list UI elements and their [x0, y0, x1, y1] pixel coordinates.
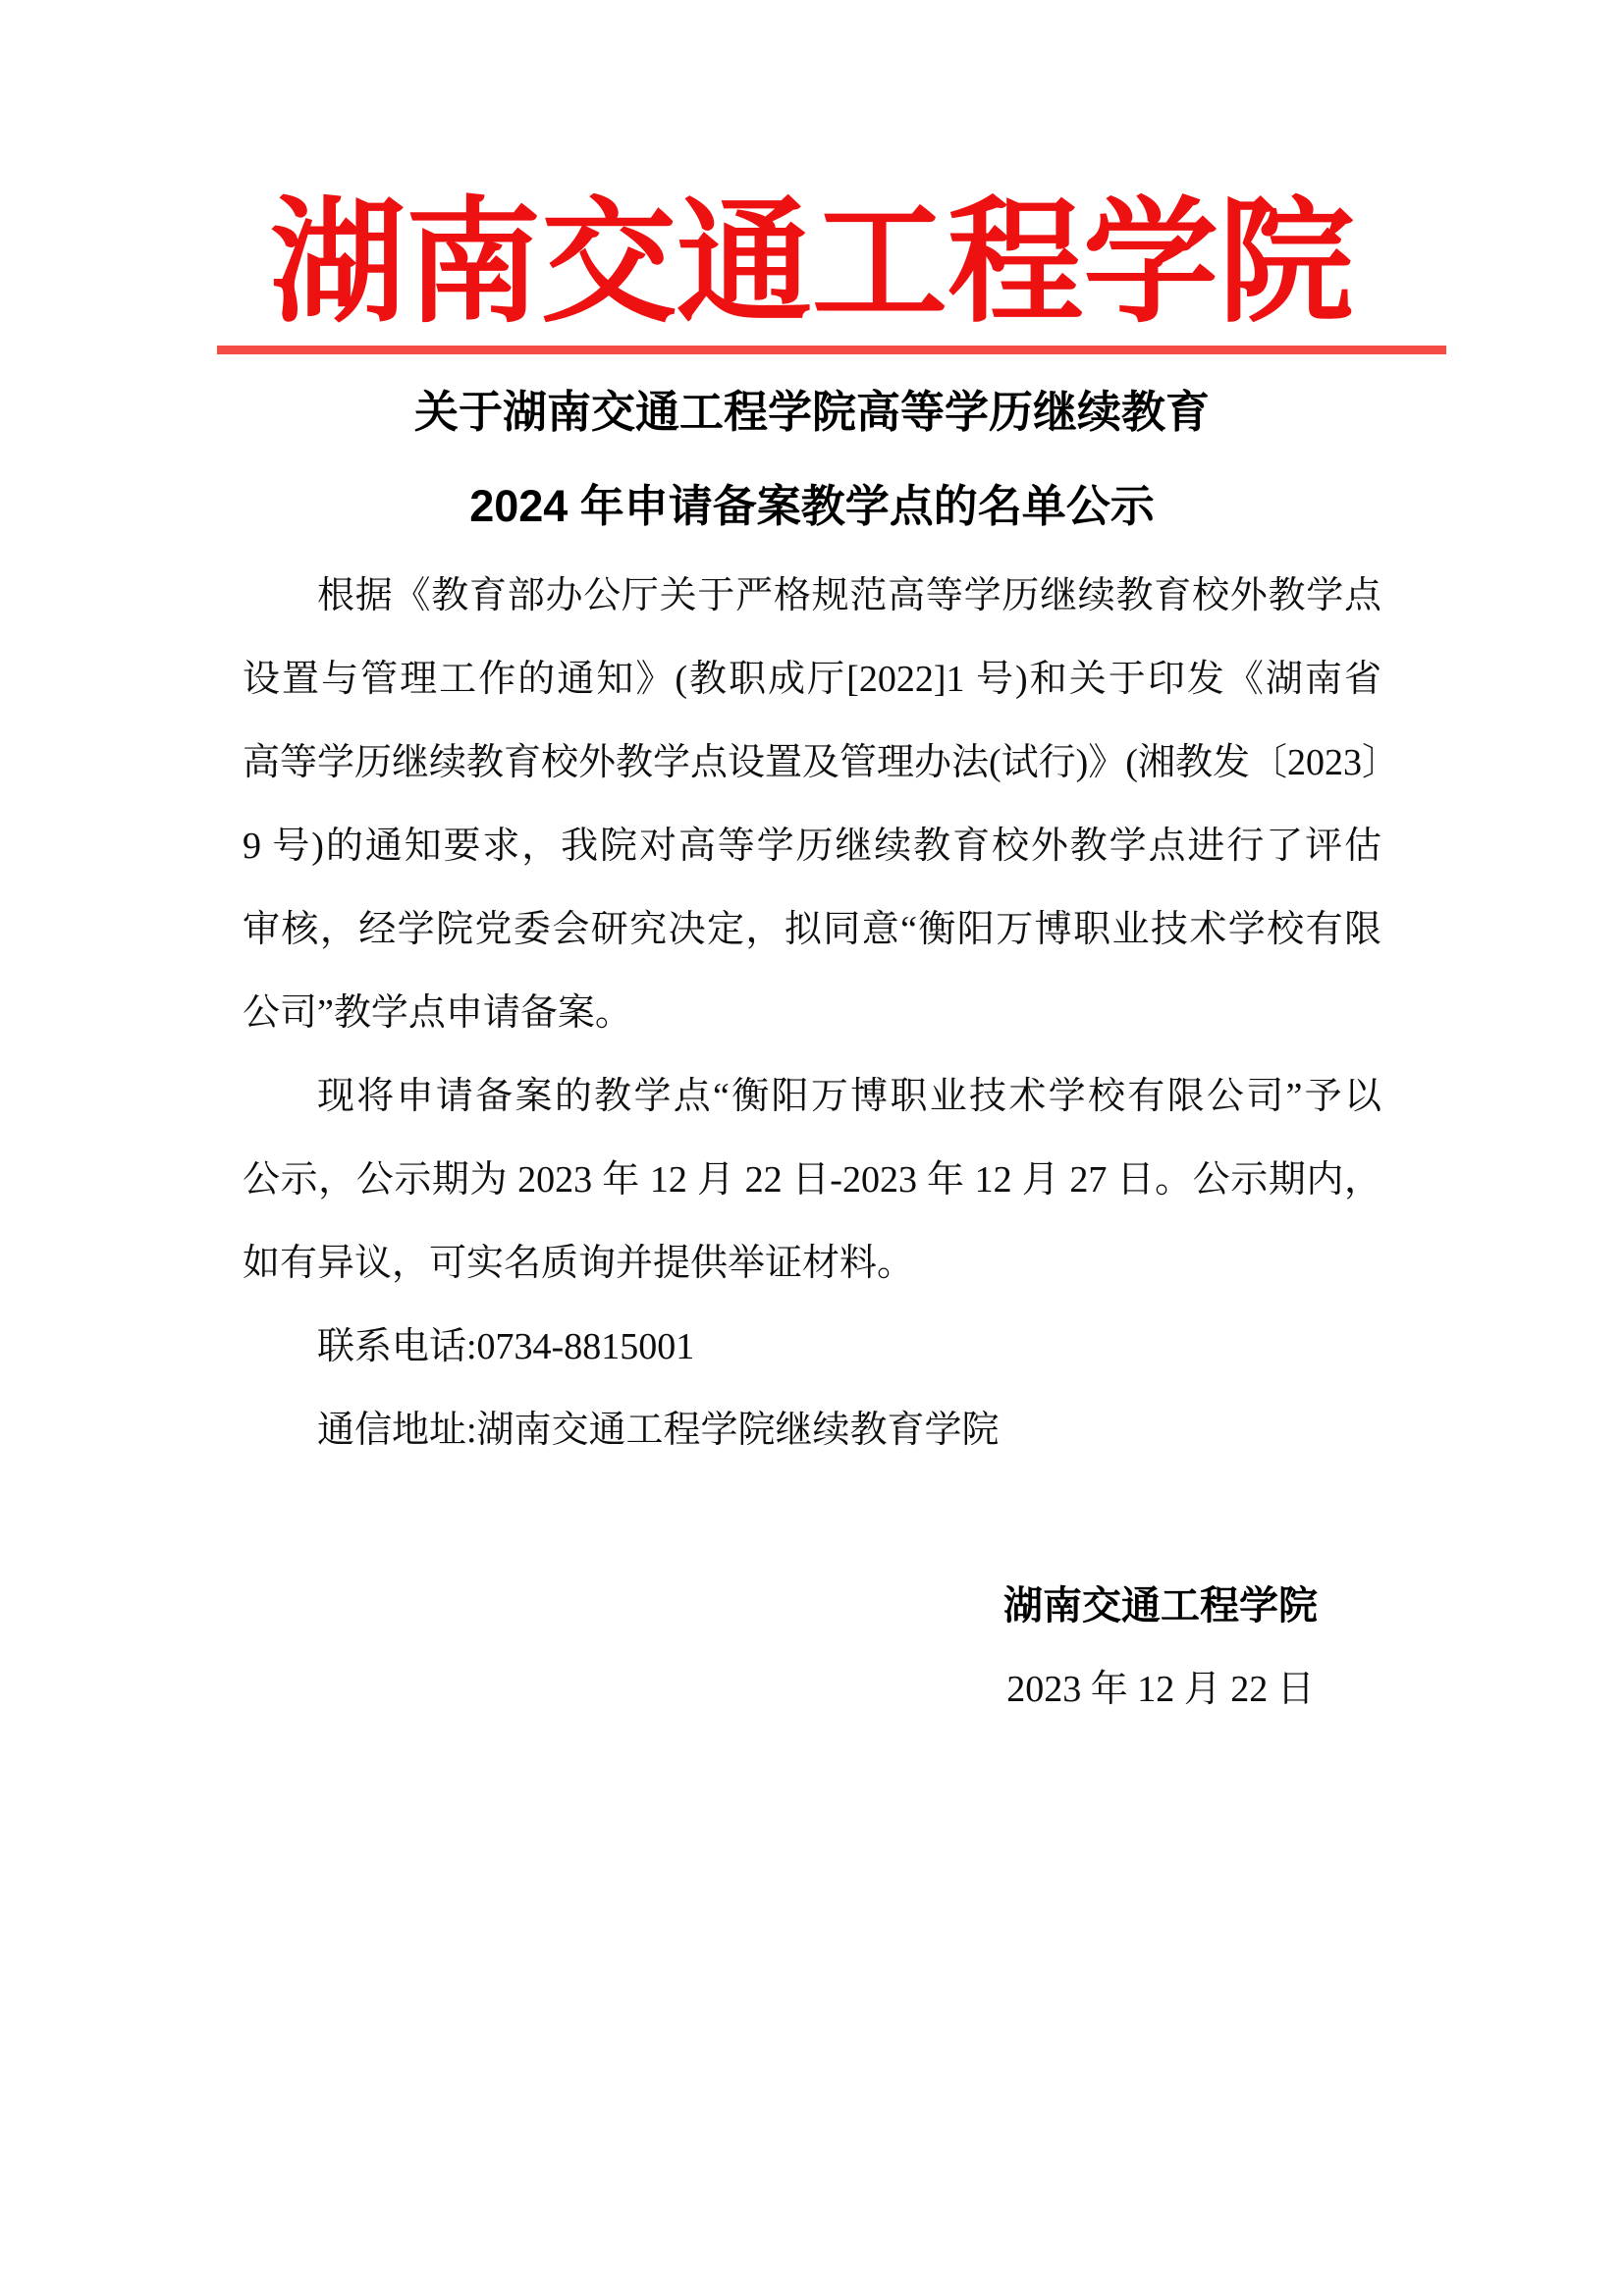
signature-inner: 湖南交通工程学院 2023 年 12 月 22 日 [1003, 1565, 1318, 1732]
document-title-line-1: 关于湖南交通工程学院高等学历继续教育 [0, 384, 1624, 441]
contact-phone-line: 联系电话:0734-8815001 [243, 1306, 1381, 1389]
paragraph-line: 公司”教学点申请备案。 [243, 972, 1381, 1055]
paragraph-2: 现将申请备案的教学点“衡阳万博职业技术学校有限公司”予以 公示，公示期为 202… [243, 1055, 1381, 1306]
paragraph-line: 公示，公示期为 2023 年 12 月 22 日-2023 年 12 月 27 … [243, 1139, 1381, 1222]
contact-address-line: 通信地址:湖南交通工程学院继续教育学院 [243, 1389, 1381, 1472]
paragraph-line: 审核，经学院党委会研究决定，拟同意“衡阳万博职业技术学校有限 [243, 888, 1381, 972]
signature-date: 2023 年 12 月 22 日 [1003, 1648, 1318, 1732]
paragraph-line: 设置与管理工作的通知》(教职成厅[2022]1 号)和关于印发《湖南省 [243, 638, 1381, 721]
paragraph-line: 根据《教育部办公厅关于严格规范高等学历继续教育校外教学点 [243, 555, 1381, 638]
paragraph-1: 根据《教育部办公厅关于严格规范高等学历继续教育校外教学点 设置与管理工作的通知》… [243, 555, 1381, 1055]
signature-block: 湖南交通工程学院 2023 年 12 月 22 日 [243, 1565, 1381, 1732]
document-title: 关于湖南交通工程学院高等学历继续教育 2024 年申请备案教学点的名单公示 [0, 384, 1624, 535]
paragraph-line: 现将申请备案的教学点“衡阳万博职业技术学校有限公司”予以 [243, 1055, 1381, 1139]
document-title-line-2: 2024 年申请备案教学点的名单公示 [0, 478, 1624, 535]
signature-org: 湖南交通工程学院 [1003, 1565, 1318, 1648]
letterhead-school-name: 湖南交通工程学院 [0, 196, 1624, 332]
paragraph-line: 9 号)的通知要求，我院对高等学历继续教育校外教学点进行了评估 [243, 805, 1381, 888]
letterhead-rule [217, 346, 1446, 354]
paragraph-line: 高等学历继续教育校外教学点设置及管理办法(试行)》(湘教发〔2023〕 [243, 721, 1381, 805]
document-page: 湖南交通工程学院 关于湖南交通工程学院高等学历继续教育 2024 年申请备案教学… [0, 0, 1624, 2296]
paragraph-line: 如有异议，可实名质询并提供举证材料。 [243, 1222, 1381, 1306]
letterhead: 湖南交通工程学院 [0, 196, 1624, 354]
document-body: 根据《教育部办公厅关于严格规范高等学历继续教育校外教学点 设置与管理工作的通知》… [243, 555, 1381, 1472]
